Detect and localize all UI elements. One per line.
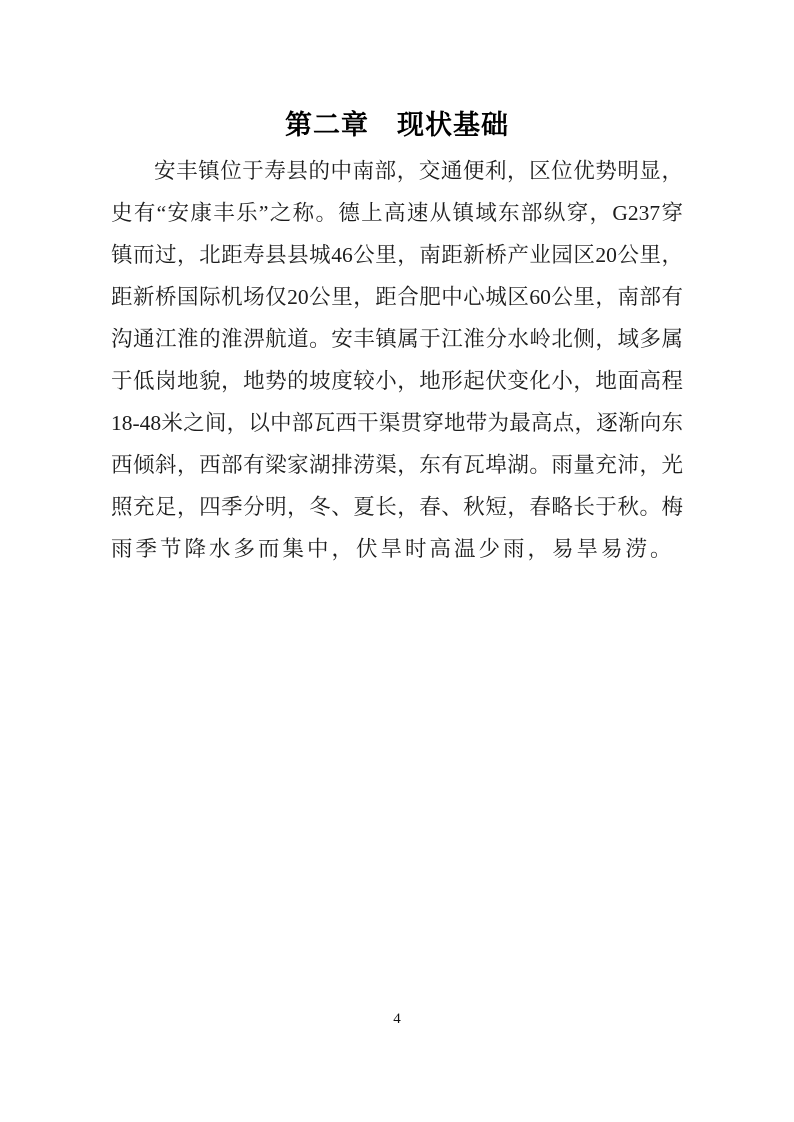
chapter-title: 第二章 现状基础: [0, 106, 794, 144]
body-line: 于低岗地貌，地势的坡度较小，地形起伏变化小，地面高程: [111, 360, 683, 402]
body-paragraph: 安丰镇位于寿县的中南部，交通便利，区位优势明显， 史有“安康丰乐”之称。德上高速…: [111, 150, 683, 570]
body-line: 沟通江淮的淮淠航道。安丰镇属于江淮分水岭北侧，域多属: [111, 318, 683, 360]
document-page: 第二章 现状基础 安丰镇位于寿县的中南部，交通便利，区位优势明显， 史有“安康丰…: [0, 0, 794, 1122]
body-line: 雨季节降水多而集中，伏旱时高温少雨，易旱易涝。: [111, 528, 683, 570]
body-line: 镇而过，北距寿县县城46公里，南距新桥产业园区20公里，: [111, 234, 683, 276]
body-line: 安丰镇位于寿县的中南部，交通便利，区位优势明显，: [111, 150, 683, 192]
body-line: 照充足，四季分明，冬、夏长，春、秋短，春略长于秋。梅: [111, 486, 683, 528]
body-line: 距新桥国际机场仅20公里，距合肥中心城区60公里，南部有: [111, 276, 683, 318]
page-number: 4: [0, 1008, 794, 1030]
body-line: 西倾斜，西部有梁家湖排涝渠，东有瓦埠湖。雨量充沛，光: [111, 444, 683, 486]
body-line: 史有“安康丰乐”之称。德上高速从镇域东部纵穿，G237穿: [111, 192, 683, 234]
body-line: 18-48米之间，以中部瓦西干渠贯穿地带为最高点，逐渐向东: [111, 402, 683, 444]
